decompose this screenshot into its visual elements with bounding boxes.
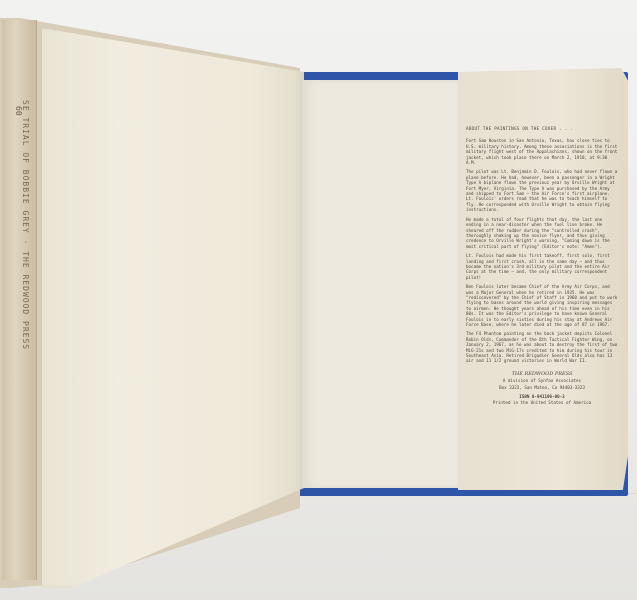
publisher-division: A division of Synfax Associates — [466, 378, 618, 383]
publisher-imprint: THE REDWOOD PRESS A division of Synfax A… — [466, 372, 618, 406]
flap-paragraph: Ben Foulois later became Chief of the Ar… — [466, 284, 618, 327]
flap-paragraph: Lt. Foulois had made his first takeoff, … — [466, 253, 618, 280]
flap-paragraph: Fort Sam Houston in San Antonio, Texas, … — [466, 138, 618, 165]
printed-in: Printed in the United States of America — [466, 400, 618, 405]
spine-text: SE TRIAL OF BOBBIE GREY · THE REDWOOD PR… — [16, 100, 30, 520]
flap-paragraph: The pilot was Lt. Benjamin D. Foulois, w… — [466, 169, 618, 212]
flap-paragraph: The F4 Phantom painting on the back jack… — [466, 331, 618, 363]
publisher-address: Box 3323, San Mateo, Ca 94403-3323 — [466, 385, 618, 390]
flap-text: ABOUT THE PAINTINGS ON THE COVER . . . F… — [466, 126, 618, 407]
left-blank-page — [42, 28, 304, 588]
endpaper-flyleaf — [302, 80, 458, 488]
flap-title: ABOUT THE PAINTINGS ON THE COVER . . . — [466, 126, 618, 131]
book-spine-edge: 60 SE TRIAL OF BOBBIE GREY · THE REDWOOD… — [2, 20, 37, 580]
flap-paragraph: He made a total of four flights that day… — [466, 217, 618, 249]
dust-jacket-flap: ABOUT THE PAINTINGS ON THE COVER . . . F… — [458, 68, 628, 490]
isbn: ISBN 0-941196-00-3 — [466, 394, 618, 399]
publisher-name: THE REDWOOD PRESS — [466, 372, 618, 377]
